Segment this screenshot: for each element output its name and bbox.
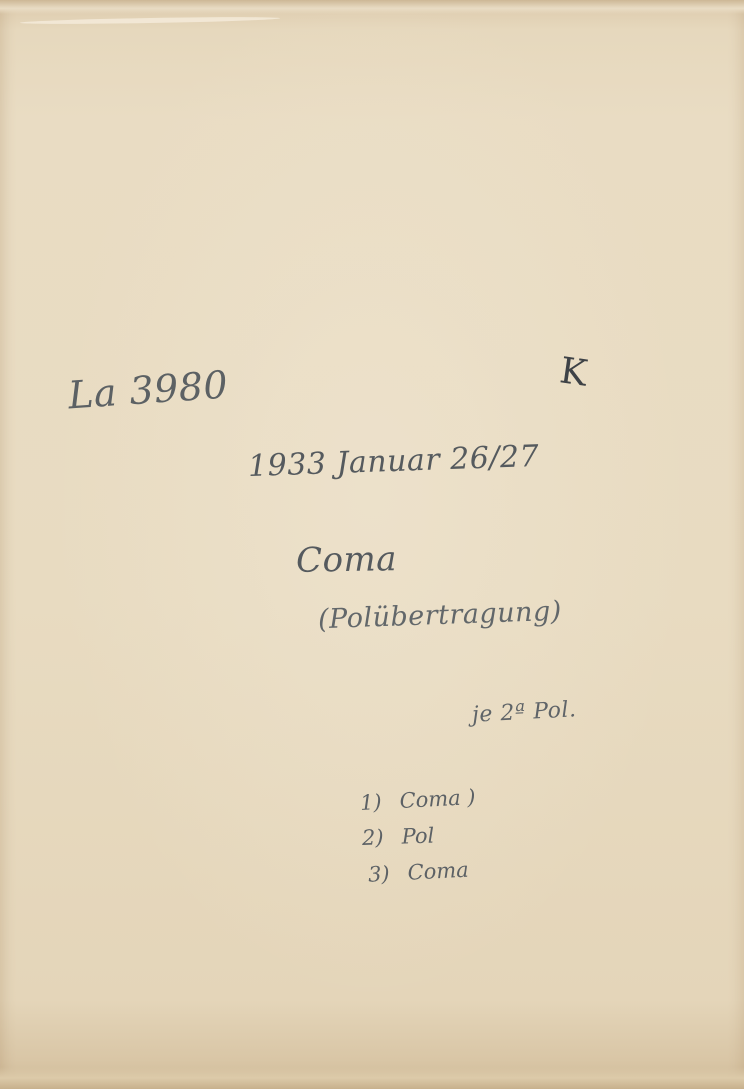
list-item-number: 2): [362, 825, 384, 850]
document-subtitle: (Polübertragung): [318, 596, 563, 635]
margin-note: je 2ª Pol.: [471, 697, 577, 727]
list-item: 1)Coma ): [359, 779, 476, 821]
corner-mark: K: [557, 350, 590, 394]
numbered-list: 1)Coma ) 2)Pol 3)Coma: [360, 782, 476, 890]
document-sheet: La 3980 K 1933 Januar 26/27 Coma (Polübe…: [0, 0, 744, 1089]
list-item: 2)Pol: [361, 816, 476, 856]
document-title: Coma: [296, 539, 398, 581]
date-line: 1933 Januar 26/27: [247, 439, 539, 484]
top-fold-edge: [0, 0, 744, 14]
list-item-number: 1): [359, 790, 382, 815]
top-fold-highlight: [20, 16, 280, 26]
list-item-number: 3): [367, 862, 390, 887]
list-item: 3)Coma: [367, 851, 476, 893]
list-item-text: Pol: [401, 823, 434, 848]
bottom-fold-edge: [0, 1067, 744, 1089]
list-item-text: Coma: [407, 858, 469, 885]
list-item-text: Coma ): [399, 785, 476, 813]
catalog-number: La 3980: [67, 362, 230, 417]
